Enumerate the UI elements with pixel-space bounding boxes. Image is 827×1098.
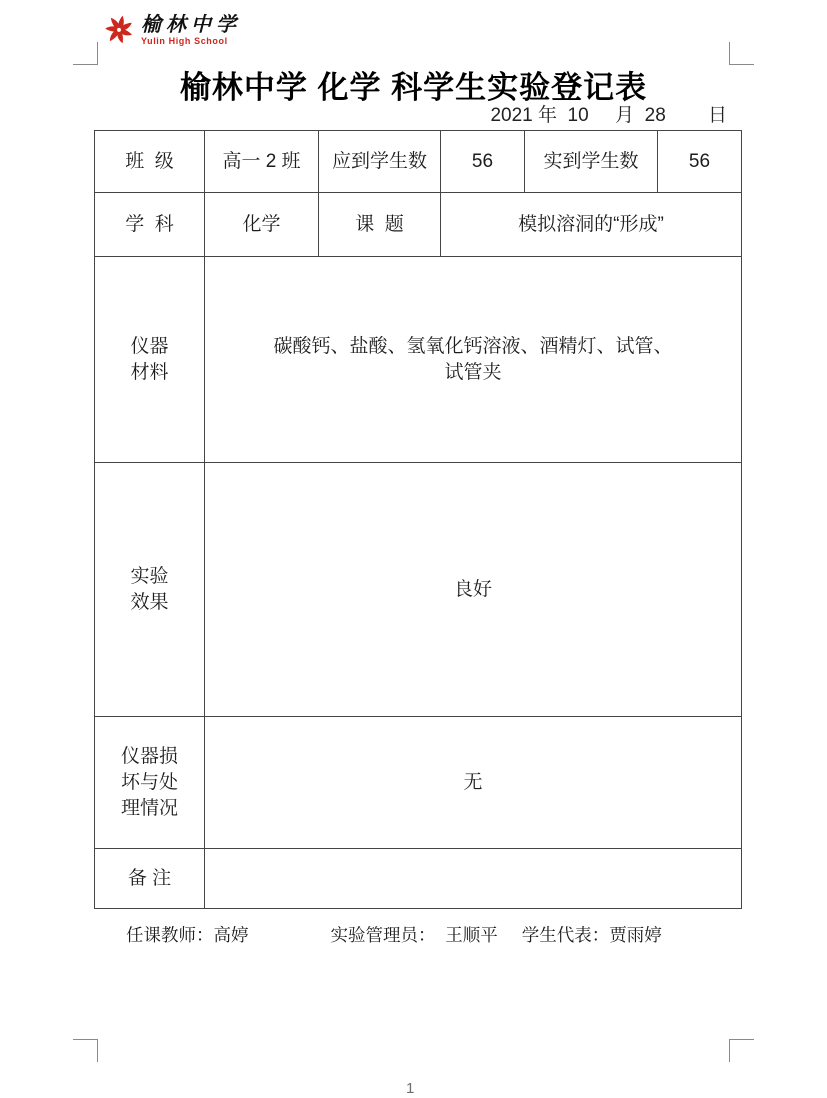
margin-mark-bottom-right — [729, 1039, 754, 1062]
damage-value-cell: 无 — [205, 717, 742, 849]
remarks-value-cell — [205, 849, 742, 909]
damage-label-cell: 仪器损 坏与处 理情况 — [95, 717, 205, 849]
margin-mark-bottom-left — [73, 1039, 98, 1062]
lab-manager-signature: 实验管理员： 王顺平 — [331, 922, 498, 947]
remarks-label-cell: 备 注 — [95, 849, 205, 909]
document-page: 榆林中学 Yulin High School 榆林中学 化学 科学生实验登记表 … — [0, 0, 827, 1098]
student-rep-signature: 学生代表：贾雨婷 — [522, 922, 662, 947]
teacher-signature: 任课教师：高婷 — [126, 922, 249, 947]
signature-row: 任课教师：高婷 实验管理员： 王顺平 学生代表：贾雨婷 — [94, 922, 741, 947]
actual-students-label-cell: 实到学生数 — [525, 131, 658, 193]
row-effect: 实验 效果 良好 — [95, 463, 742, 717]
class-label-cell: 班 级 — [95, 131, 205, 193]
date-line: 2021 年 10 月 28 日 — [490, 100, 727, 127]
effect-label-cell: 实验 效果 — [95, 463, 205, 717]
pinwheel-flower-icon — [103, 10, 135, 48]
experiment-registration-table: 班 级 高一 2 班 应到学生数 56 实到学生数 56 学 科 化学 课 题 … — [94, 130, 742, 909]
row-remarks: 备 注 — [95, 849, 742, 909]
row-damage: 仪器损 坏与处 理情况 无 — [95, 717, 742, 849]
effect-value-cell: 良好 — [205, 463, 742, 717]
class-value-cell: 高一 2 班 — [205, 131, 319, 193]
page-number: 1 — [406, 1080, 414, 1097]
subject-label-cell: 学 科 — [95, 193, 205, 257]
row-subject: 学 科 化学 课 题 模拟溶洞的“形成” — [95, 193, 742, 257]
row-class: 班 级 高一 2 班 应到学生数 56 实到学生数 56 — [95, 131, 742, 193]
topic-value-cell: 模拟溶洞的“形成” — [441, 193, 742, 257]
row-materials: 仪器 材料 碳酸钙、盐酸、氢氧化钙溶液、酒精灯、试管、 试管夹 — [95, 257, 742, 463]
expected-students-value-cell: 56 — [441, 131, 525, 193]
actual-students-value-cell: 56 — [658, 131, 742, 193]
materials-label-cell: 仪器 材料 — [95, 257, 205, 463]
materials-value-cell: 碳酸钙、盐酸、氢氧化钙溶液、酒精灯、试管、 试管夹 — [205, 257, 742, 463]
school-name-english: Yulin High School — [141, 36, 241, 47]
subject-value-cell: 化学 — [205, 193, 319, 257]
school-name-chinese: 榆林中学 — [141, 14, 241, 36]
school-logo: 榆林中学 Yulin High School — [103, 10, 241, 48]
expected-students-label-cell: 应到学生数 — [319, 131, 441, 193]
topic-label-cell: 课 题 — [319, 193, 441, 257]
